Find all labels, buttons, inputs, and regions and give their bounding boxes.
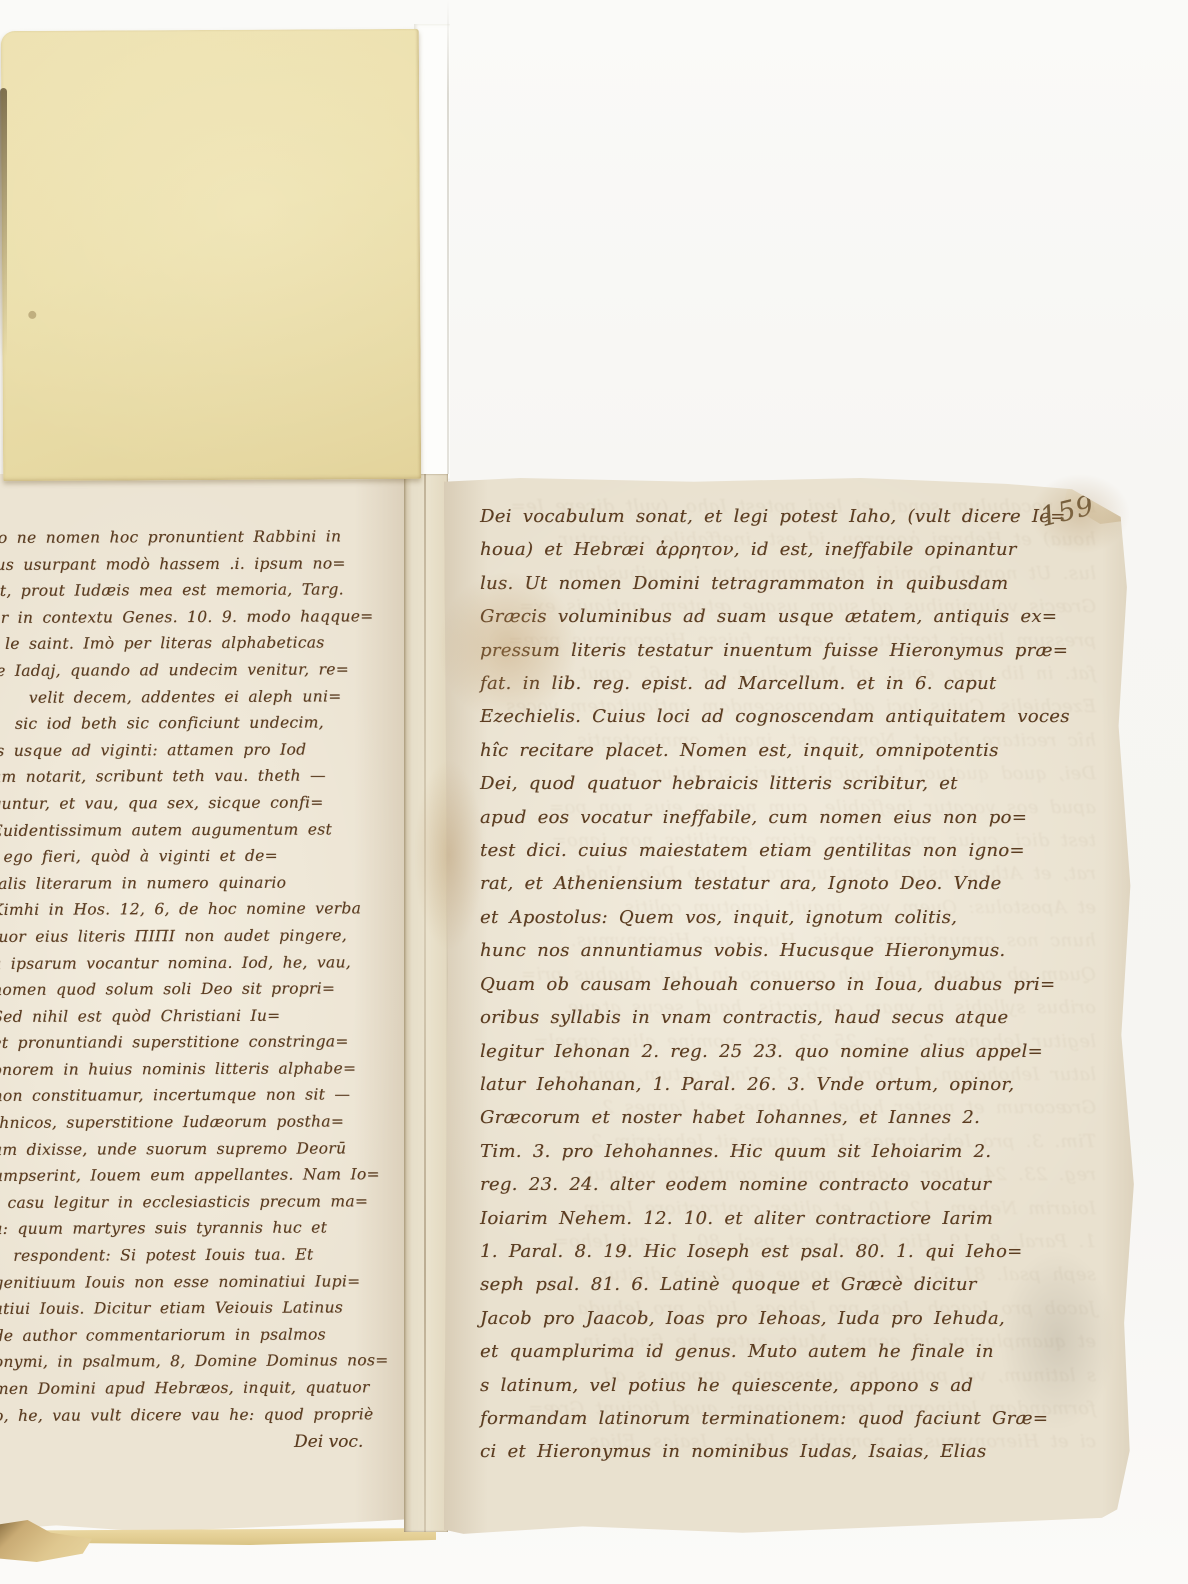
manuscript-line: velit decem, addentes ei aleph uni= (0, 683, 399, 711)
flyleaf-blank-page (1, 29, 421, 481)
manuscript-line: de author commentariorum in psalmos (0, 1321, 402, 1349)
manuscript-line: 1. Paral. 8. 19. Hic Ioseph est psal. 80… (480, 1235, 1102, 1268)
manuscript-line: latur Iehohanan, 1. Paral. 26. 3. Vnde o… (480, 1068, 1102, 1101)
manuscript-line: guntur, et vau, qua sex, sicque confi= (0, 789, 399, 817)
manuscript-line: houa) et Hebræi ἀρρητον, id est, ineffab… (480, 533, 1102, 566)
manuscript-line: i casu legitur in ecclesiasticis precum … (0, 1188, 401, 1216)
manuscript-line: , le saint. Imò per literas alphabeticas (0, 629, 399, 657)
flyleaf-curled-edge (0, 88, 7, 358)
manuscript-line: hunc nos annuntiamus vobis. Hucusque Hie… (480, 934, 1102, 967)
manuscript-line: thnicos, superstitione Iudæorum postha= (0, 1108, 401, 1136)
manuscript-line: lus. Ut nomen Domini tetragrammaton in q… (480, 567, 1102, 600)
manuscript-line: Kimhi in Hos. 12, 6, de hoc nomine verba (0, 895, 400, 923)
manuscript-line: formandam latinorum terminationem: quod … (480, 1402, 1102, 1435)
manuscript-line: o, he, vau vult dicere vau he: quod prop… (0, 1401, 402, 1429)
manuscript-line: sic iod beth sic conficiunt undecim, (0, 709, 399, 737)
manuscript-line: umpserint, Iouem eum appellantes. Nam Io… (0, 1161, 401, 1189)
manuscript-line: Ioiarim Nehem. 12. 10. et aliter contrac… (480, 1202, 1102, 1235)
stain (28, 311, 36, 319)
left-page-text: ro ne nomen hoc pronuntient Rabbini iniu… (0, 523, 402, 1429)
manuscript-line: Ezechielis. Cuius loci ad cognoscendam a… (480, 700, 1102, 733)
manuscript-line: ius usurpant modò hassem .i. ipsum no= (0, 550, 398, 578)
right-manuscript-page: Dei vocabulum sonat, et legi potest Iaho… (444, 470, 1138, 1536)
manuscript-line: talis literarum in numero quinario (0, 869, 400, 897)
manuscript-line: ur in contextu Genes. 10. 9. modo haqque… (0, 603, 398, 631)
manuscript-line: ci et Hieronymus in nominibus Iudas, Isa… (480, 1435, 1102, 1468)
manuscript-line: et Apostolus: Quem vos, inquit, ignotum … (480, 901, 1102, 934)
manuscript-line: nomen quod solum soli Deo sit propri= (0, 975, 400, 1003)
manuscript-line: Tim. 3. pro Iehohannes. Hic quum sit Ieh… (480, 1135, 1102, 1168)
left-manuscript-page: ro ne nomen hoc pronuntient Rabbini iniu… (0, 474, 414, 1536)
manuscript-line: respondent: Si potest Iouis tua. Et (0, 1241, 401, 1269)
manuscript-line: non constituamur, incertumque non sit — (0, 1082, 401, 1110)
manuscript-line: a: quum martyres suis tyrannis huc et (0, 1215, 401, 1243)
manuscript-line: ro ne nomen hoc pronuntient Rabbini in (0, 523, 398, 551)
manuscript-line: atiui Iouis. Dicitur etiam Veiouis Latin… (0, 1294, 402, 1322)
manuscript-line: genitiuum Iouis non esse nominatiui Iupi… (0, 1268, 401, 1296)
catchword: Dei voc. (294, 1432, 363, 1452)
manuscript-line: fat. in lib. reg. epist. ad Marcellum. e… (480, 667, 1102, 700)
manuscript-line: Sed nihil est quòd Christiani Iu= (0, 1002, 400, 1030)
manuscript-line: Euidentissimum autem augumentum est (0, 816, 399, 844)
manuscript-line: et, prout Iudæis mea est memoria, Targ. (0, 576, 398, 604)
manuscript-line: test dici. cuius maiestatem etiam gentil… (480, 834, 1102, 867)
manuscript-line: Jacob pro Jaacob, Ioas pro Iehoas, Iuda … (480, 1302, 1102, 1335)
manuscript-line: onymi, in psalmum, 8, Domine Dominus nos… (0, 1348, 402, 1376)
manuscript-line: Græcorum et noster habet Iohannes, et Ia… (480, 1101, 1102, 1134)
manuscript-line: reg. 23. 24. alter eodem nomine contract… (480, 1168, 1102, 1201)
manuscript-photo: ro ne nomen hoc pronuntient Rabbini iniu… (0, 0, 1188, 1584)
manuscript-line: Dei, quod quatuor hebraicis litteris scr… (480, 767, 1102, 800)
manuscript-line: am dixisse, unde suorum supremo Deorū (0, 1135, 401, 1163)
manuscript-line: tuor eius literis ΠΙΠΙ non audet pingere… (0, 922, 400, 950)
manuscript-line: seph psal. 81. 6. Latinè quoque et Græcè… (480, 1268, 1102, 1301)
manuscript-line: et pronuntiandi superstitione constringa… (0, 1028, 400, 1056)
manuscript-line: men Domini apud Hebræos, inquit, quatuor (0, 1374, 402, 1402)
manuscript-line: legitur Iehonan 2. reg. 25 23. quo nomin… (480, 1035, 1102, 1068)
manuscript-line: hîc recitare placet. Nomen est, inquit, … (480, 734, 1102, 767)
manuscript-line: Quam ob causam Iehouah conuerso in Ioua,… (480, 968, 1102, 1001)
manuscript-line: um notarit, scribunt teth vau. theth — (0, 762, 399, 790)
binding-gutter (404, 474, 448, 1532)
manuscript-line: pressum literis testatur inuentum fuisse… (480, 634, 1102, 667)
gutter-crease (424, 474, 426, 1532)
manuscript-line: rat, et Atheniensium testatur ara, Ignot… (480, 867, 1102, 900)
manuscript-line: Græcis voluminibus ad suam usque ætatem,… (480, 600, 1102, 633)
manuscript-line: onorem in huius nominis litteris alphabe… (0, 1055, 400, 1083)
manuscript-line: s latinum, vel potius he quiescente, app… (480, 1369, 1102, 1402)
manuscript-line: et quamplurima id genus. Muto autem he f… (480, 1335, 1102, 1368)
manuscript-line: æ Iadaj, quando ad undecim venitur, re= (0, 656, 399, 684)
right-page-text: Dei vocabulum sonat, et legi potest Iaho… (480, 500, 1102, 1469)
backdrop-seam (447, 0, 449, 474)
manuscript-line: is usque ad viginti: attamen pro Iod (0, 736, 399, 764)
manuscript-line: oribus syllabis in vnam contractis, haud… (480, 1001, 1102, 1034)
manuscript-line: a ipsarum vocantur nomina. Iod, he, vau, (0, 949, 400, 977)
manuscript-line: ego fieri, quòd à viginti et de= (0, 842, 400, 870)
manuscript-line: Dei vocabulum sonat, et legi potest Iaho… (480, 500, 1102, 533)
manuscript-line: apud eos vocatur ineffabile, cum nomen e… (480, 801, 1102, 834)
